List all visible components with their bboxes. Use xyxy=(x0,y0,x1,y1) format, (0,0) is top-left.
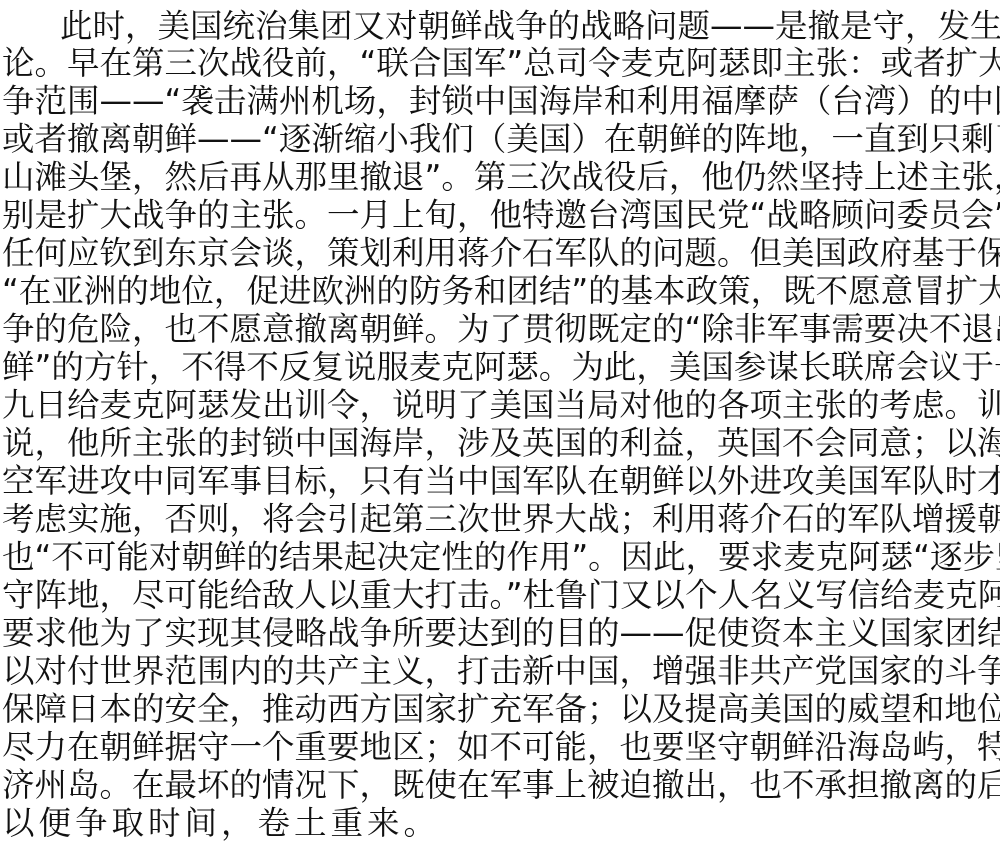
text-line: 以对付世界范围内的共产主义，打击新中国，增强非共产党国家的斗争意志； xyxy=(2,650,994,692)
text-line: 九日给麦克阿瑟发出训令，说明了美国当局对他的各项主张的考虑。训令中 xyxy=(2,384,994,426)
text-line: 说，他所主张的封锁中国海岸，涉及英国的利益，英国不会同意；以海军和 xyxy=(2,422,994,464)
text-line: 济州岛。在最坏的情况下，既使在军事上被迫撤出，也不承担撤离的后果， xyxy=(2,764,994,806)
text-line: 要求他为了实现其侵略战争所要达到的目的——促使资本主义国家团结起来 xyxy=(2,612,994,654)
document-page: 此时，美国统治集团又对朝鲜战争的战略问题——是撤是守，发生了争 论。早在第三次战… xyxy=(0,0,1000,862)
text-line: 争范围——“袭击满州机场，封锁中国海岸和利用福摩萨（台湾）的中国人”； xyxy=(2,80,994,122)
text-line: 尽力在朝鲜据守一个重要地区；如不可能，也要坚守朝鲜沿海岛屿，特别是 xyxy=(2,726,994,768)
text-line: 论。早在第三次战役前，“联合国军”总司令麦克阿瑟即主张：或者扩大战 xyxy=(2,42,994,84)
text-line: 鲜”的方针，不得不反复说服麦克阿瑟。为此，美国参谋长联席会议于一月 xyxy=(2,346,994,388)
text-line-last: 以便争取时间，卷土重来。 xyxy=(2,802,440,844)
text-line: 保障日本的安全，推动西方国家扩充军备；以及提高美国的威望和地位，要 xyxy=(2,688,994,730)
text-line: 别是扩大战争的主张。一月上旬，他特邀台湾国民党“战略顾问委员会”主 xyxy=(2,194,994,236)
text-line: 考虑实施，否则，将会引起第三次世界大战；利用蒋介石的军队增援朝鲜， xyxy=(2,498,994,540)
text-line: “在亚洲的地位，促进欧洲的防务和团结”的基本政策，既不愿意冒扩大战 xyxy=(2,270,994,312)
text-line: 守阵地，尽可能给敌人以重大打击。”杜鲁门又以个人名义写信给麦克阿瑟 xyxy=(2,574,994,616)
text-line: 此时，美国统治集团又对朝鲜战争的战略问题——是撤是守，发生了争 xyxy=(60,5,994,47)
text-line: 或者撤离朝鲜——“逐渐缩小我们（美国）在朝鲜的阵地，一直到只剩了釜 xyxy=(2,118,994,160)
text-line: 任何应钦到东京会谈，策划利用蒋介石军队的问题。但美国政府基于保护其 xyxy=(2,232,994,274)
text-line: 山滩头堡，然后再从那里撤退”。第三次战役后，他仍然坚持上述主张，特 xyxy=(2,156,994,198)
text-line: 争的危险，也不愿意撤离朝鲜。为了贯彻既定的“除非军事需要决不退出朝 xyxy=(2,308,994,350)
text-line: 也“不可能对朝鲜的结果起决定性的作用”。因此，要求麦克阿瑟“逐步坚 xyxy=(2,536,994,578)
text-line: 空军进攻中同军事目标，只有当中国军队在朝鲜以外进攻美国军队时才可以 xyxy=(2,460,994,502)
